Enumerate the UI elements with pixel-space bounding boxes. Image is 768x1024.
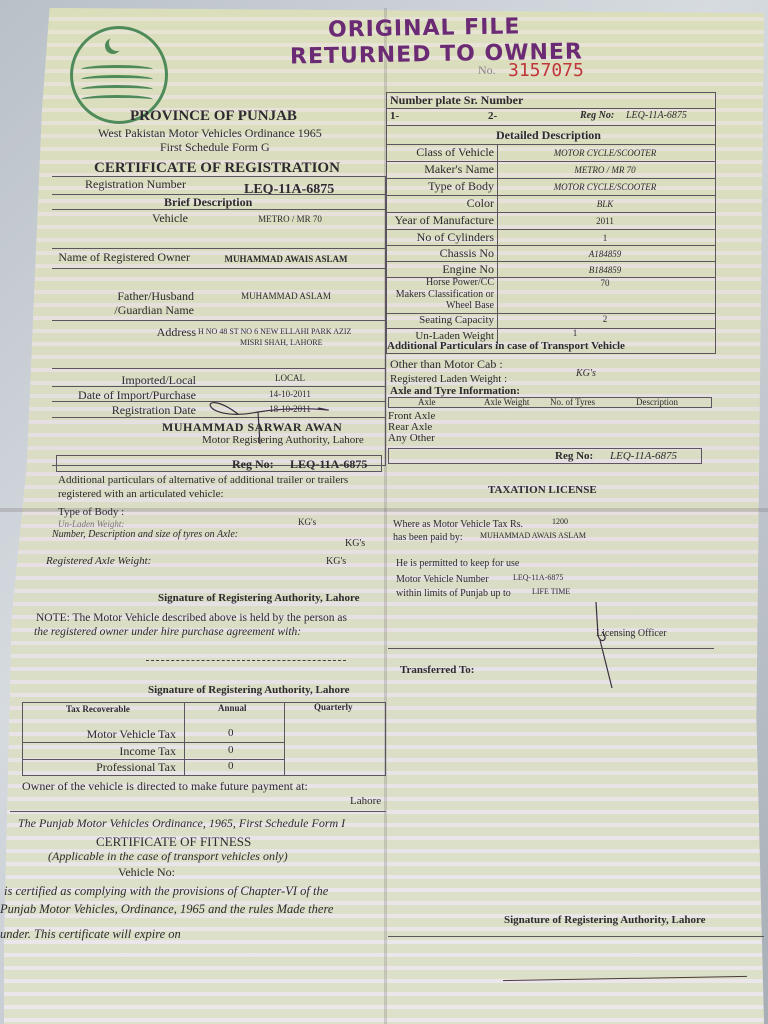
detail-value-seating: 2	[500, 314, 710, 324]
divider	[52, 320, 386, 321]
divider	[52, 248, 386, 249]
detailed-description-heading: Detailed Description	[496, 128, 601, 143]
note-signature: Signature of Registering Authority, Laho…	[148, 684, 350, 696]
fitness-text-1: is certified as complying with the provi…	[4, 884, 328, 899]
trailer-unladen: Un-Laden Weight:	[58, 519, 124, 529]
divider	[386, 108, 716, 109]
column-divider	[497, 144, 498, 344]
tax-col-divider	[184, 702, 185, 776]
detail-value-unladen: 1	[500, 328, 650, 338]
guardian-value: MUHAMMAD ASLAM	[196, 291, 376, 301]
trailer-intro-1: Additional particulars of alternative of…	[58, 474, 348, 486]
wave-line	[81, 65, 153, 74]
axle-col-weight: Axle Weight	[484, 397, 529, 407]
detailed-reg-no: LEQ-11A-6875	[626, 110, 687, 121]
tax-row-income-annual: 0	[228, 744, 234, 756]
tax-header-annual: Annual	[218, 703, 247, 713]
form-text: First Schedule Form G	[160, 140, 270, 155]
taxation-reg-no: LEQ-11A-6875	[610, 450, 677, 462]
fitness-text-3: under. This certificate will expire on	[0, 927, 181, 942]
hire-purchase-line	[146, 660, 346, 661]
stamp-original-file: ORIGINAL FILE	[328, 14, 521, 42]
tax-row-motor-label: Motor Vehicle Tax	[24, 727, 176, 742]
trailer-tyres: Number, Description and size of tyres on…	[52, 529, 238, 540]
detail-label-engine: Engine No	[388, 262, 494, 277]
validity-label: within limits of Punjab up to	[396, 588, 511, 599]
divider	[388, 936, 764, 937]
divider	[52, 368, 386, 369]
address-line-1: H NO 48 ST NO 6 NEW ELLAHI PARK AZIZ	[198, 327, 351, 336]
fitness-ordinance: The Punjab Motor Vehicles Ordinance, 196…	[18, 816, 345, 831]
detail-value-maker: METRO / MR 70	[500, 165, 710, 175]
note-line-1: NOTE: The Motor Vehicle described above …	[36, 612, 347, 624]
trailer-type-of-body: Type of Body :	[58, 506, 124, 518]
divider	[386, 125, 716, 126]
registration-number: LEQ-11A-6875	[244, 182, 334, 198]
reg-no-label: Reg No:	[232, 457, 274, 472]
plate-1: 1-	[390, 110, 399, 122]
laden-weight-label: Registered Laden Weight :	[390, 373, 507, 385]
trailer-intro-2: registered with an articulated vehicle:	[58, 488, 224, 500]
owner-value: MUHAMMAD AWAIS ASLAM	[196, 254, 376, 264]
registration-date-label: Registration Date	[54, 403, 196, 418]
fitness-title: CERTIFICATE OF FITNESS	[96, 834, 251, 850]
trailer-axle-weight: Registered Axle Weight:	[46, 555, 151, 567]
payment-note: Owner of the vehicle is directed to make…	[22, 779, 308, 794]
taxation-title: TAXATION LICENSE	[488, 484, 597, 496]
vehicle-label: Vehicle	[54, 211, 188, 226]
detail-value-class: MOTOR CYCLE/SCOOTER	[500, 148, 710, 158]
address-line-2: MISRI SHAH, LAHORE	[240, 338, 322, 347]
wave-line	[81, 95, 153, 104]
vehicle-number-label: Motor Vehicle Number	[396, 574, 489, 585]
address-label: Address	[54, 325, 196, 340]
tax-row-motor-annual: 0	[228, 727, 234, 739]
detail-value-engine: B184859	[500, 265, 710, 275]
tax-header-quarterly: Quarterly	[314, 702, 353, 712]
taxation-reg-no-label: Reg No:	[555, 450, 593, 462]
certificate-title: CERTIFICATE OF REGISTRATION	[94, 160, 340, 177]
brief-description-heading: Brief Description	[164, 195, 252, 210]
detail-label-color: Color	[388, 196, 494, 211]
transport-heading: Additional Particulars in case of Transp…	[387, 340, 625, 352]
plate-2: 2-	[488, 110, 497, 122]
fitness-vehicle-no: Vehicle No:	[118, 865, 175, 880]
paid-by-value: MUHAMMAD AWAIS ASLAM	[480, 531, 586, 540]
detail-value-cylinders: 1	[500, 233, 710, 243]
detail-value-hp: 70	[500, 278, 710, 288]
vehicle-number-value: LEQ-11A-6875	[513, 573, 563, 582]
tax-row-income-label: Income Tax	[24, 744, 176, 759]
trailer-signature: Signature of Registering Authority, Laho…	[158, 592, 360, 604]
detail-value-body: MOTOR CYCLE/SCOOTER	[500, 182, 710, 192]
wave-line	[81, 75, 153, 84]
imported-value: LOCAL	[200, 373, 380, 383]
laden-weight-unit: KG's	[576, 368, 596, 379]
wave-line	[81, 85, 153, 94]
vehicle-value: METRO / MR 70	[200, 214, 380, 224]
plate-header: Number plate Sr. Number	[390, 93, 523, 108]
tax-row-professional-label: Professional Tax	[24, 760, 176, 775]
axle-col-tyres: No. of Tyres	[550, 397, 595, 407]
reg-no-value: LEQ-11A-6875	[290, 457, 367, 472]
tax-col-divider	[284, 702, 285, 776]
detail-value-chassis: A184859	[500, 249, 710, 259]
axle-info-label: Axle and Tyre Information:	[390, 385, 520, 397]
detail-label-year: Year of Manufacture	[388, 213, 494, 228]
fitness-text-2: Punjab Motor Vehicles, Ordinance, 1965 a…	[0, 902, 333, 917]
axle-col-axle: Axle	[418, 397, 436, 407]
detail-label-chassis: Chassis No	[388, 246, 494, 261]
detail-label-cylinders: No of Cylinders	[388, 230, 494, 245]
ordinance-text: West Pakistan Motor Vehicles Ordinance 1…	[98, 126, 322, 141]
serial-number: 3157075	[508, 60, 584, 81]
fitness-applicable: (Applicable in the case of transport veh…	[48, 849, 288, 864]
owner-label: Name of Registered Owner	[54, 250, 190, 265]
tax-paid-label: Where as Motor Vehicle Tax Rs.	[393, 519, 523, 530]
divider	[10, 811, 386, 812]
taxation-signature: Signature of Registering Authority, Laho…	[504, 914, 706, 926]
detail-label-maker: Maker's Name	[388, 162, 494, 177]
detail-value-color: BLK	[500, 199, 710, 209]
trailer-axle-weight-unit: KG's	[326, 556, 346, 567]
trailer-tyres-unit: KG's	[345, 538, 365, 549]
divider	[22, 742, 284, 743]
axle-col-description: Description	[636, 397, 678, 407]
paid-by-label: has been paid by:	[393, 532, 463, 543]
trailer-unladen-unit: KG's	[298, 517, 316, 527]
permitted-text: He is permitted to keep for use	[396, 558, 519, 569]
serial-prefix: No.	[478, 63, 496, 78]
other-than-cab: Other than Motor Cab :	[390, 357, 503, 372]
note-line-2: the registered owner under hire purchase…	[34, 626, 301, 638]
province-title: PROVINCE OF PUNJAB	[130, 108, 297, 125]
tax-header-recoverable: Tax Recoverable	[66, 704, 130, 714]
detailed-reg-no-label: Reg No:	[580, 110, 614, 121]
detail-label-class: Class of Vehicle	[388, 145, 494, 160]
officer-signature-icon	[588, 600, 628, 690]
guardian-label-1: Father/Husband	[54, 289, 194, 304]
crescent-icon	[109, 35, 125, 51]
tax-amount: 1200	[552, 517, 568, 526]
divider	[52, 268, 386, 269]
guardian-label-2: /Guardian Name	[54, 303, 194, 318]
validity-value: LIFE TIME	[532, 587, 570, 596]
detail-label-seating: Seating Capacity	[388, 314, 494, 326]
detail-label-body: Type of Body	[388, 179, 494, 194]
divider	[388, 648, 714, 649]
tax-row-professional-annual: 0	[228, 760, 234, 772]
detail-value-year: 2011	[500, 216, 710, 226]
detail-label-wheelbase: Makers Classification or Wheel Base	[388, 289, 494, 311]
signature-mark-icon	[198, 384, 358, 444]
transferred-to: Transferred To:	[400, 664, 474, 676]
registration-number-label: Registration Number	[54, 177, 186, 192]
any-other-axle: Any Other	[388, 432, 435, 444]
divider	[52, 209, 386, 210]
payment-place: Lahore	[350, 795, 381, 807]
detail-label-hp: Horse Power/CC	[388, 277, 494, 288]
